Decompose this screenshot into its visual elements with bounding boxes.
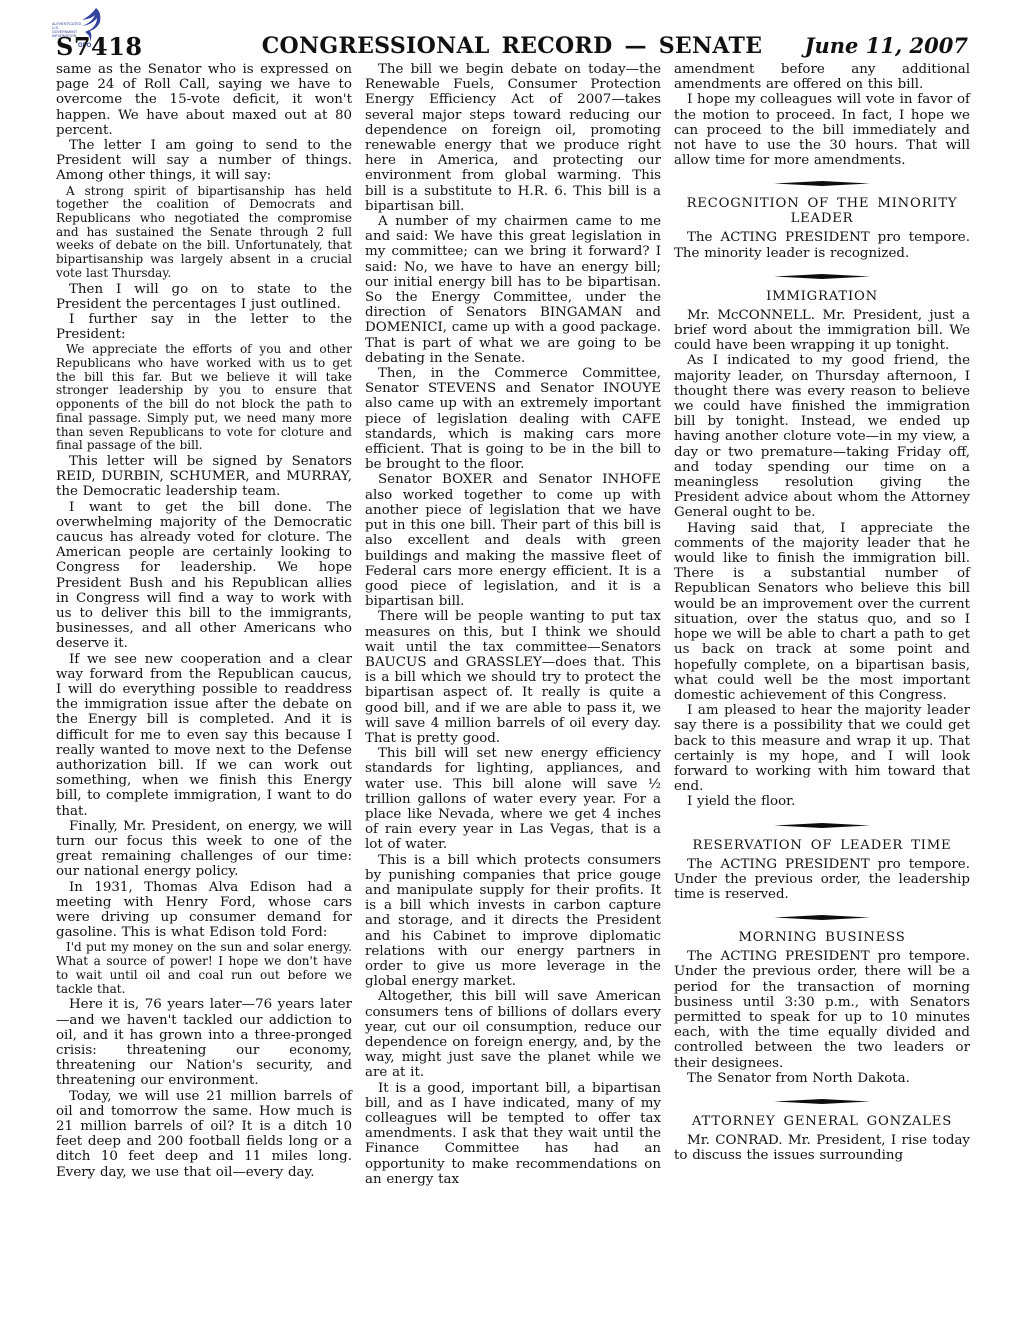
section-separator-rule: [674, 178, 970, 187]
paragraph: I am pleased to hear the majority leader…: [674, 703, 970, 794]
paragraph: This letter will be signed by Senators R…: [56, 454, 352, 500]
section-heading: RESERVATION OF LEADER TIME: [674, 838, 970, 853]
text-columns: same as the Senator who is expressed on …: [56, 62, 970, 1187]
section-heading: MORNING BUSINESS: [674, 930, 970, 945]
quoted-text-paragraph: We appreciate the efforts of you and oth…: [56, 343, 352, 453]
paragraph: I yield the floor.: [674, 794, 970, 809]
paragraph: I hope my colleagues will vote in favor …: [674, 92, 970, 168]
section-separator-rule: [674, 820, 970, 829]
section-separator-rule: [674, 271, 970, 280]
paragraph: The ACTING PRESIDENT pro tempore. The mi…: [674, 230, 970, 260]
paragraph: As I indicated to my good friend, the ma…: [674, 353, 970, 520]
quoted-text-paragraph: A strong spirit of bipartisanship has he…: [56, 185, 352, 281]
paragraph: The ACTING PRESIDENT pro tempore. Under …: [674, 857, 970, 903]
paragraph: Then, in the Commerce Committee, Senator…: [365, 366, 661, 472]
section-separator-rule: [674, 912, 970, 921]
paragraph: This bill will set new energy efficiency…: [365, 746, 661, 852]
column-1: same as the Senator who is expressed on …: [56, 62, 352, 1187]
paragraph: This is a bill which protects consumers …: [365, 853, 661, 990]
paragraph: Finally, Mr. President, on energy, we wi…: [56, 819, 352, 880]
paragraph: Senator BOXER and Senator INHOFE also wo…: [365, 472, 661, 609]
paragraph: Then I will go on to state to the Presid…: [56, 282, 352, 312]
paragraph: A number of my chairmen came to me and s…: [365, 214, 661, 366]
page-header: S7418 CONGRESSIONAL RECORD — SENATE June…: [56, 30, 968, 64]
section-heading: ATTORNEY GENERAL GONZALES: [674, 1114, 970, 1129]
paragraph: The Senator from North Dakota.: [674, 1071, 970, 1086]
congressional-record-page: GPO AUTHENTICATED U.S. GOVERNMENT INFORM…: [0, 0, 1020, 1320]
paragraph: The letter I am going to send to the Pre…: [56, 138, 352, 184]
paragraph: Having said that, I appreciate the comme…: [674, 521, 970, 703]
paragraph: amendment before any additional amendmen…: [674, 62, 970, 92]
paragraph: In 1931, Thomas Alva Edison had a meetin…: [56, 880, 352, 941]
paragraph: Here it is, 76 years later—76 years late…: [56, 997, 352, 1088]
paragraph: Mr. McCONNELL. Mr. President, just a bri…: [674, 308, 970, 354]
paragraph: same as the Senator who is expressed on …: [56, 62, 352, 138]
paragraph: I want to get the bill done. The overwhe…: [56, 500, 352, 652]
paragraph: I further say in the letter to the Presi…: [56, 312, 352, 342]
paragraph: The bill we begin debate on today—the Re…: [365, 62, 661, 214]
paragraph: Mr. CONRAD. Mr. President, I rise today …: [674, 1133, 970, 1163]
section-separator-rule: [674, 1096, 970, 1105]
section-heading: IMMIGRATION: [674, 289, 970, 304]
paragraph: There will be people wanting to put tax …: [365, 609, 661, 746]
paragraph: It is a good, important bill, a bipartis…: [365, 1081, 661, 1187]
page-date: June 11, 2007: [805, 33, 968, 58]
paragraph: The ACTING PRESIDENT pro tempore. Under …: [674, 949, 970, 1071]
section-heading: RECOGNITION OF THE MINORITY LEADER: [674, 196, 970, 226]
quoted-text-paragraph: I'd put my money on the sun and solar en…: [56, 941, 352, 996]
paragraph: Altogether, this bill will save American…: [365, 989, 661, 1080]
column-3: amendment before any additional amendmen…: [674, 62, 970, 1187]
paragraph: Today, we will use 21 million barrels of…: [56, 1089, 352, 1180]
column-2: The bill we begin debate on today—the Re…: [365, 62, 661, 1187]
paragraph: If we see new cooperation and a clear wa…: [56, 652, 352, 819]
